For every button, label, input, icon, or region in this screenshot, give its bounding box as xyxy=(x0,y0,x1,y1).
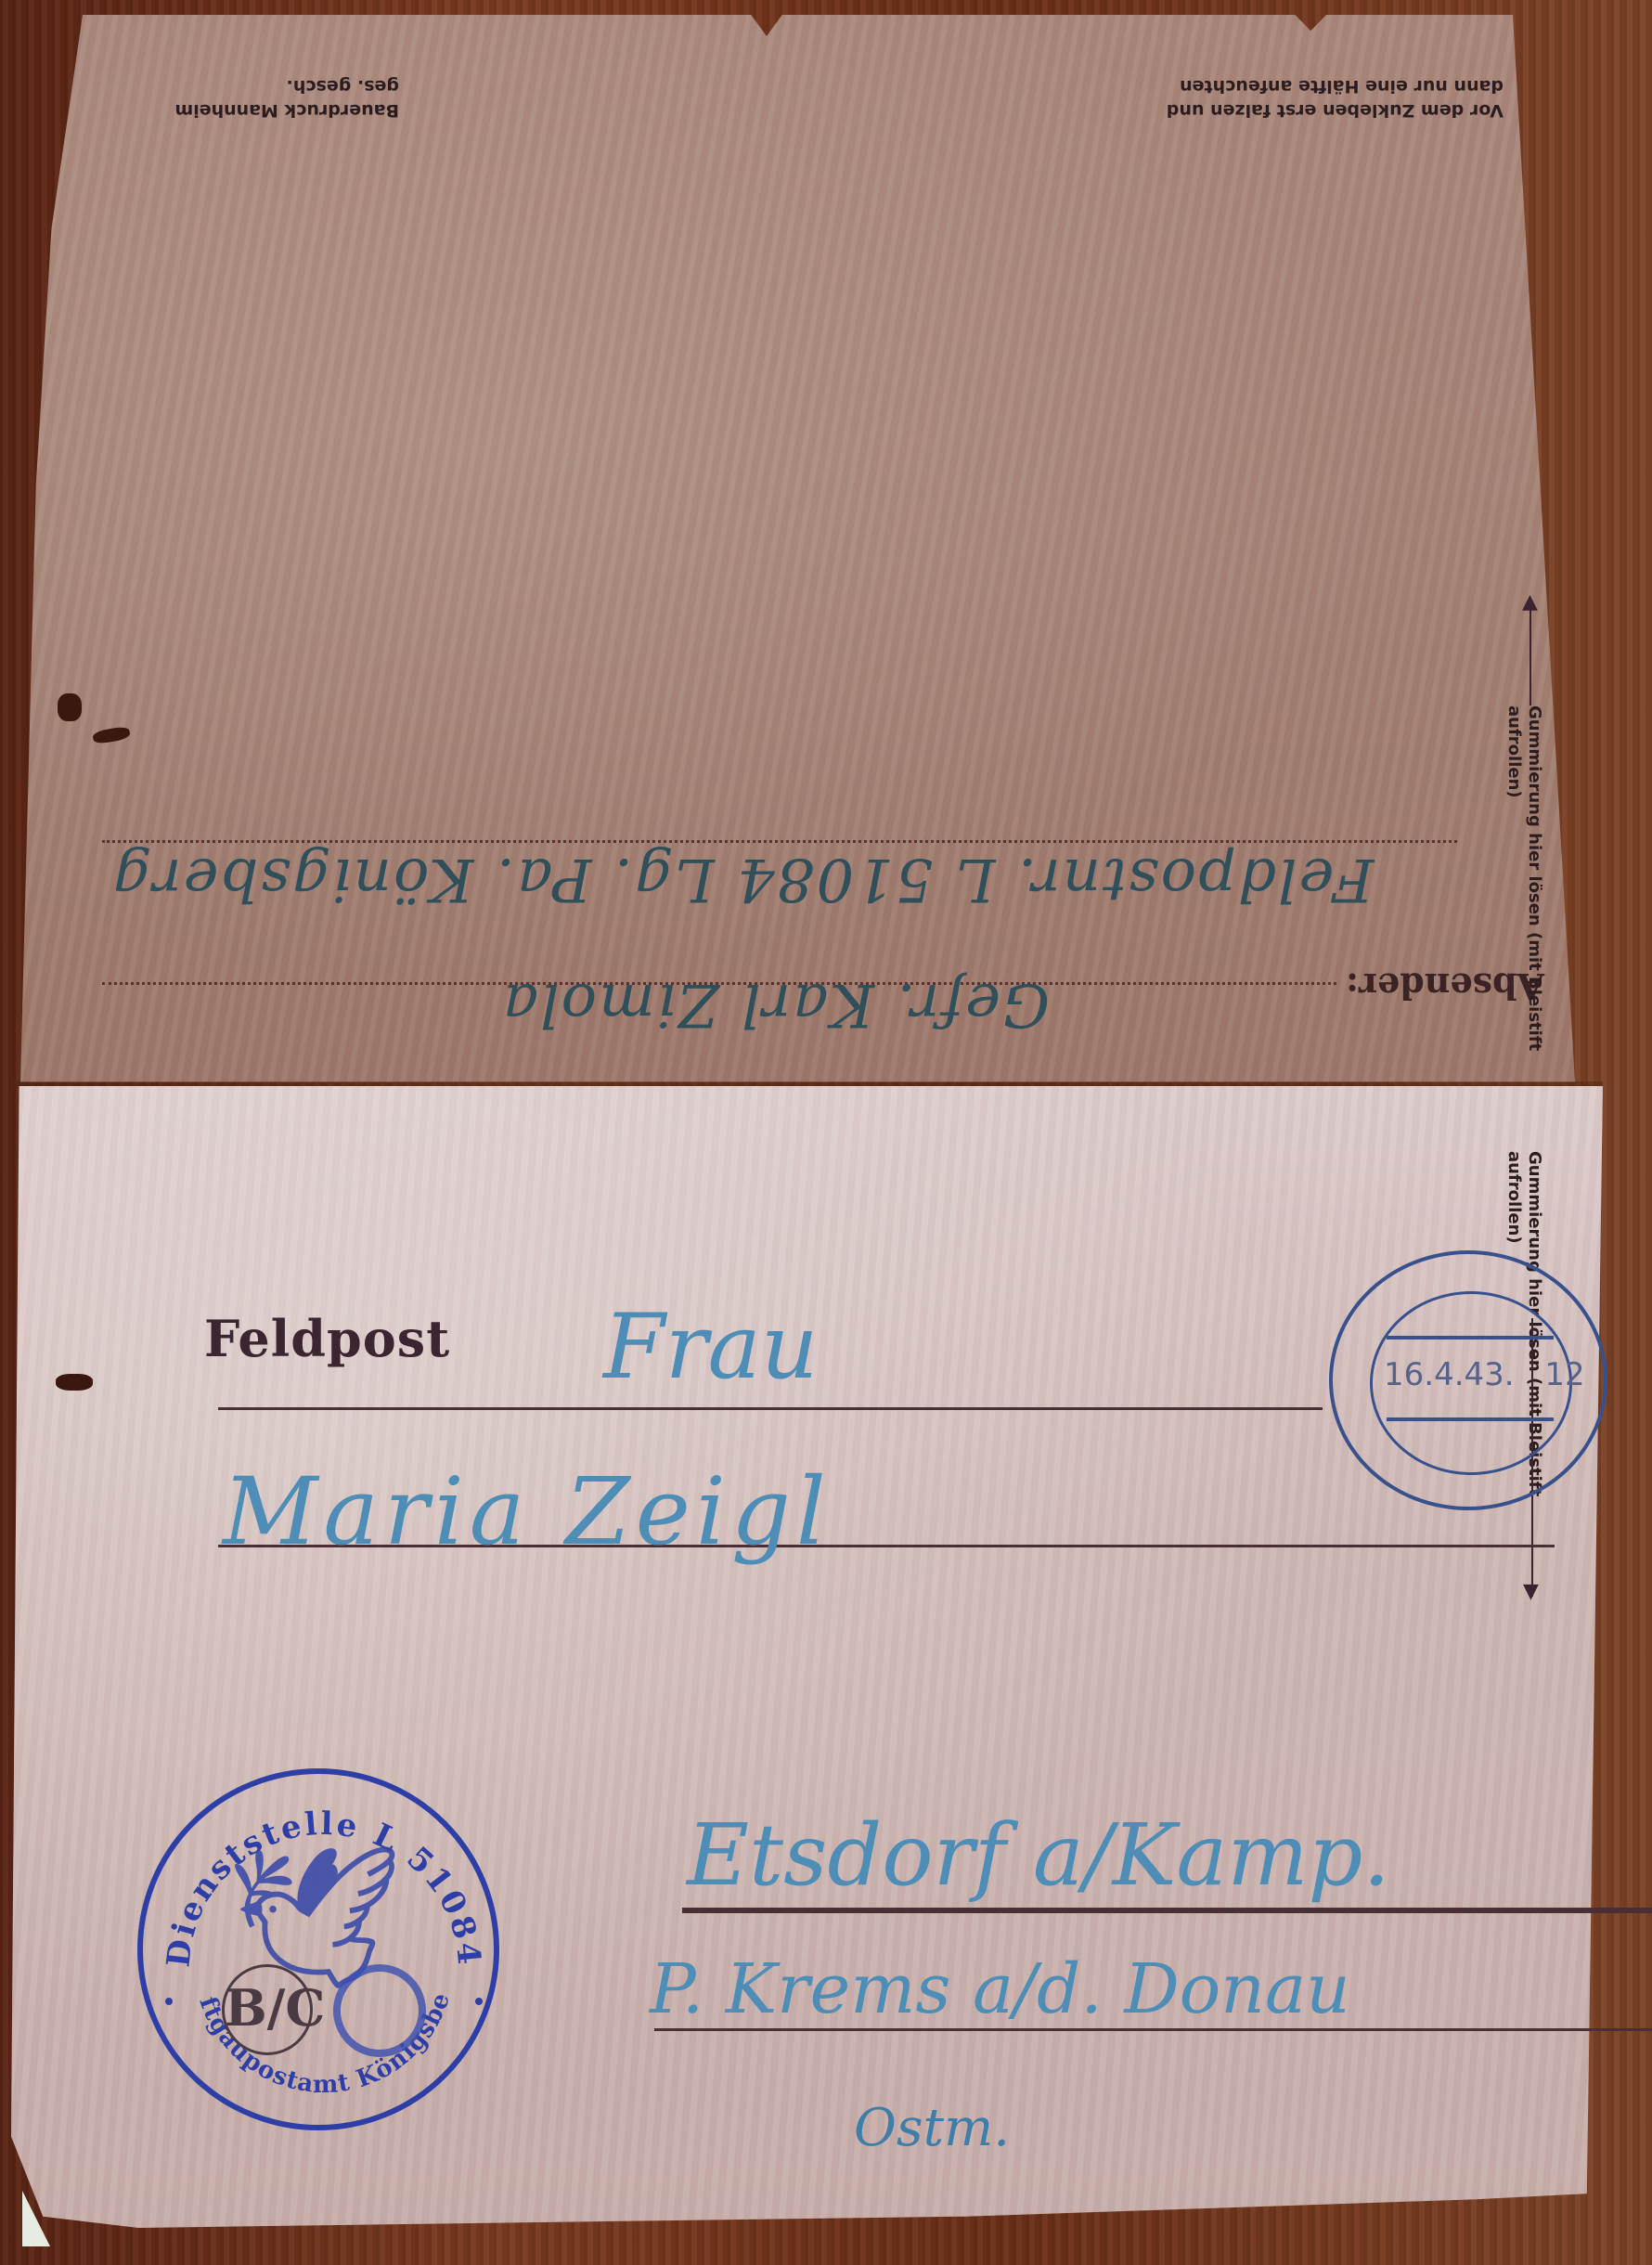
sender-name-handwritten: Gefr. Karl Zimola xyxy=(501,970,1050,1039)
official-seal: Dienststelle L 51084 Luftgaupostamt Köni… xyxy=(137,1768,499,2130)
postmark-hour-value: 12 xyxy=(1544,1356,1584,1393)
back-flap xyxy=(20,15,1575,1082)
printer-name: Bauerdruck Mannheim xyxy=(121,98,399,123)
postmark-date-value: 16.4.43. xyxy=(1384,1356,1515,1393)
paper-tear xyxy=(58,693,82,721)
recipient-region: Ostm. xyxy=(854,2098,1010,2158)
postmark-bar xyxy=(1387,1336,1554,1340)
recipient-salutation: Frau xyxy=(603,1295,819,1399)
fold-instruction: Vor dem Zukleben erst falzen und dann nu… xyxy=(1021,74,1504,123)
fold-instruction-line: Vor dem Zukleben erst falzen und xyxy=(1021,98,1504,123)
postmark-bar xyxy=(1387,1417,1554,1421)
arrow-down-icon: ▼ xyxy=(1523,1580,1539,1603)
postmark-stamp: 16.4.43. 12 xyxy=(1329,1250,1607,1510)
protection-note: ges. gesch. xyxy=(121,74,399,98)
gum-note-back: Gummierung hier lösen (mit Bleistift auf… xyxy=(1504,705,1544,1058)
feldpost-title: Feldpost xyxy=(204,1309,450,1368)
fold-instruction-line: dann nur eine Hälfte anfeuchten xyxy=(1021,74,1504,98)
paper-tear xyxy=(56,1374,93,1391)
gum-note-line: Gummierung hier lösen xyxy=(1525,705,1544,926)
recipient-town: Etsdorf a/Kamp. xyxy=(687,1806,1390,1905)
sender-dotted-line xyxy=(102,840,1457,843)
recipient-name: Maria Zeigl xyxy=(223,1457,832,1566)
address-line-underline xyxy=(682,1908,1652,1913)
address-line xyxy=(218,1407,1323,1410)
wreath-icon xyxy=(333,1964,426,2057)
gum-arrow-line xyxy=(1529,603,1531,705)
sender-unit-handwritten: Feldpostnr. L 51084 Lg. Pa. Königsberg xyxy=(111,845,1374,913)
postmark-date: 16.4.43. 12 xyxy=(1384,1356,1585,1393)
bc-overprint-mark: B/C xyxy=(222,1964,313,2055)
recipient-district: P. Krems a/d. Donau xyxy=(650,1949,1350,2029)
printer-note: Bauerdruck Mannheim ges. gesch. xyxy=(121,74,399,123)
